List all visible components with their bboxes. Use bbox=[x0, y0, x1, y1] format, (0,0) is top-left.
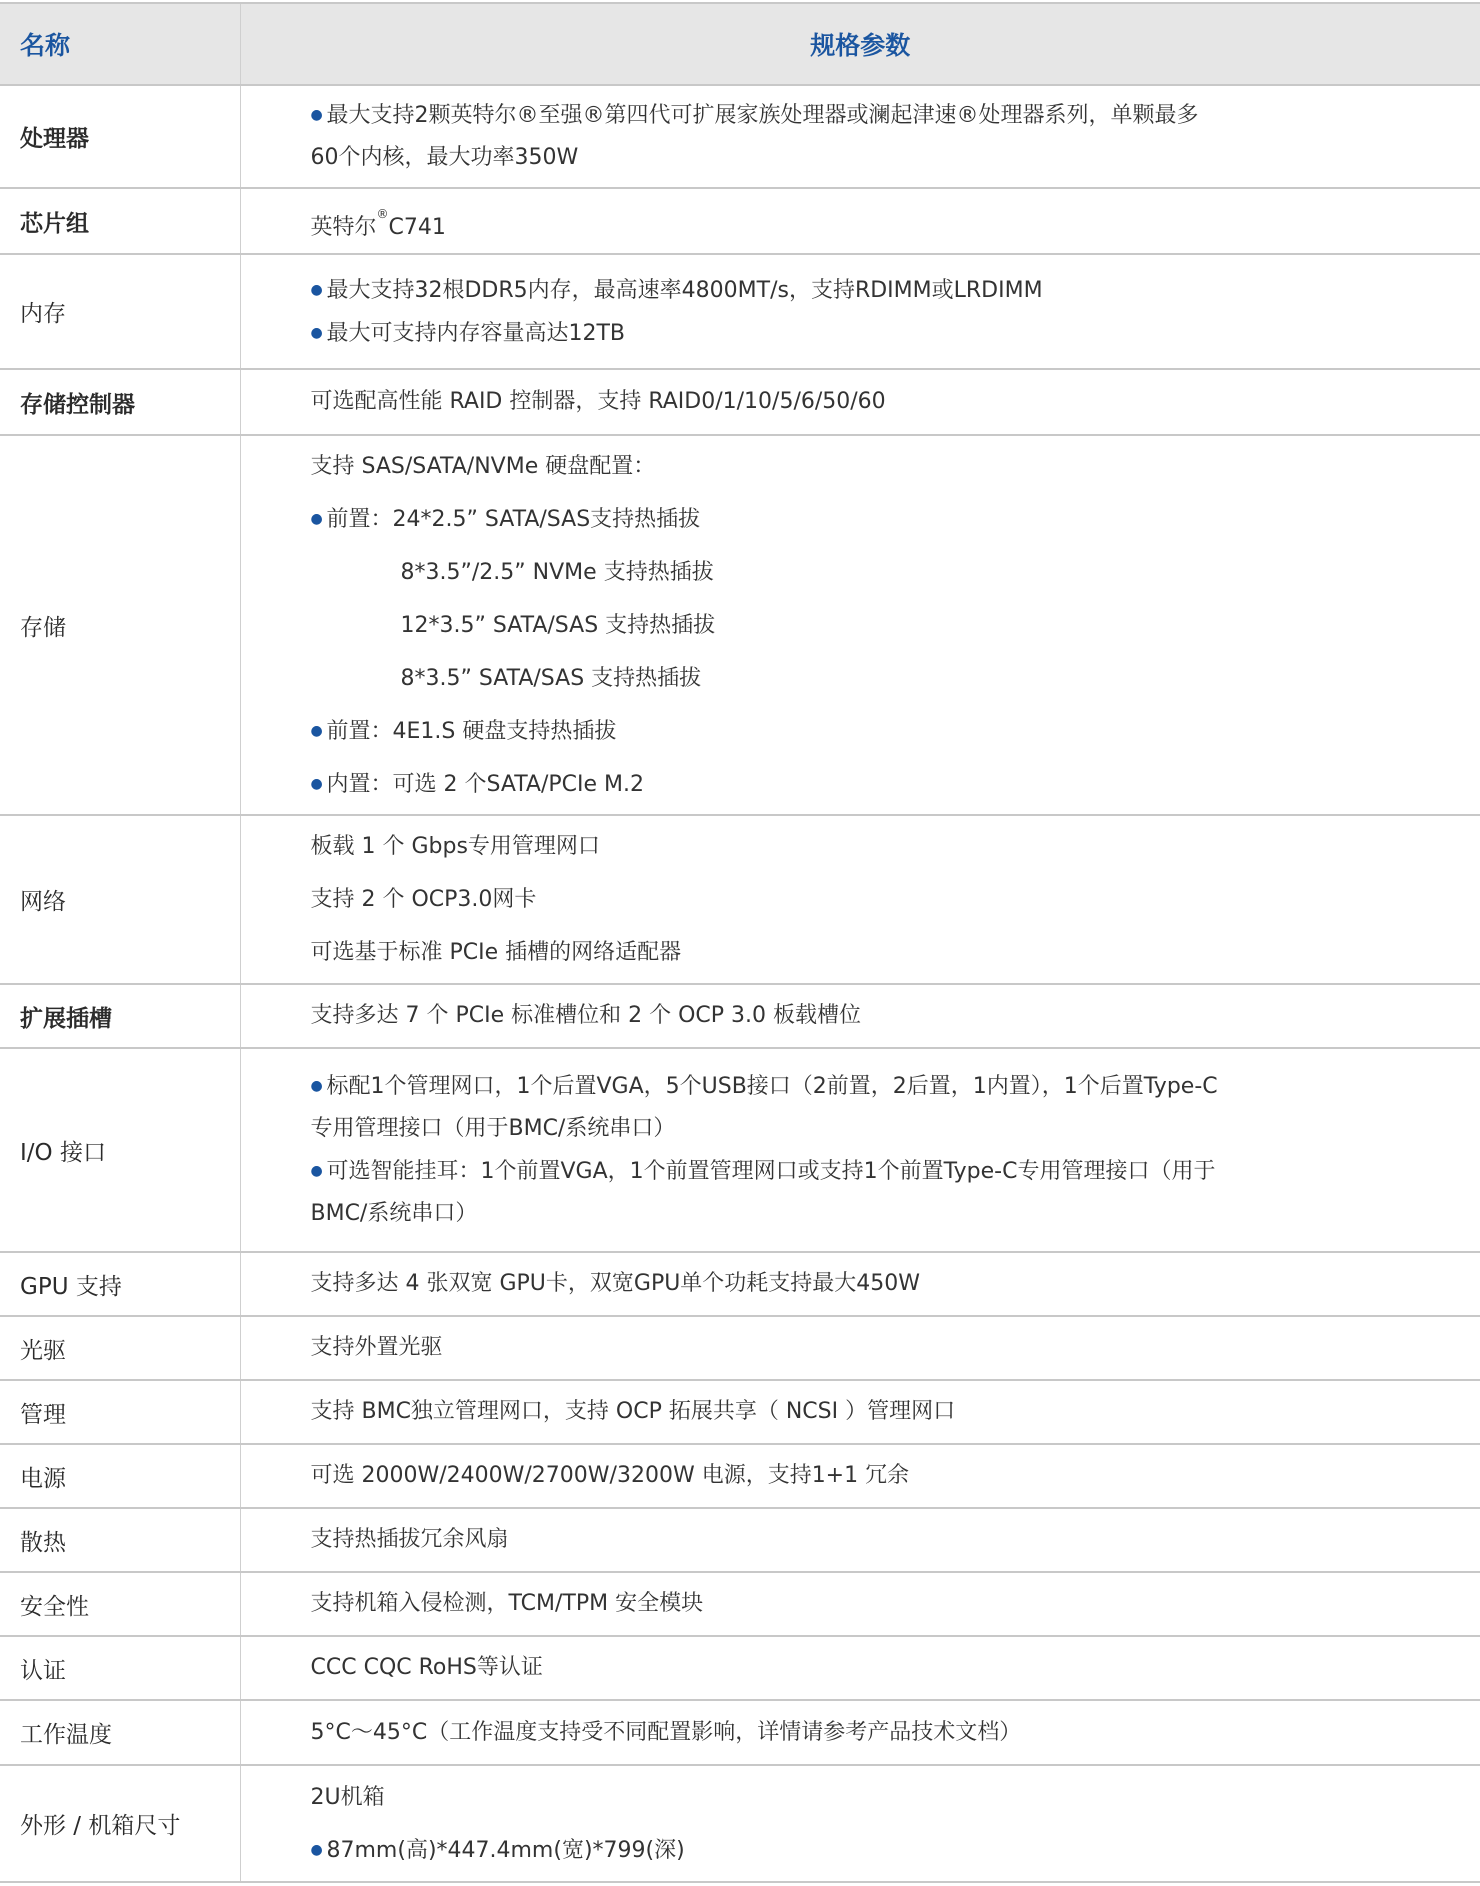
bullet-icon: ● bbox=[311, 1150, 327, 1192]
table-row: 认证CCC CQC RoHS等认证 bbox=[0, 1636, 1480, 1700]
spec-value: 支持多达 7 个 PCIe 标准槽位和 2 个 OCP 3.0 板载槽位 bbox=[240, 984, 1480, 1048]
spec-line: 英特尔®C741 bbox=[311, 193, 1480, 249]
spec-line: ●最大支持2颗英特尔®至强®第四代可扩展家族处理器或澜起津速®处理器系列，单颗最… bbox=[311, 94, 1211, 179]
spec-value: 支持 BMC独立管理网口，支持 OCP 拓展共享（ NCSI ）管理网口 bbox=[240, 1380, 1480, 1444]
spec-line: 支持机箱入侵检测，TCM/TPM 安全模块 bbox=[311, 1583, 1480, 1625]
spec-value: 英特尔®C741 bbox=[240, 188, 1480, 254]
spec-name: 工作温度 bbox=[0, 1700, 240, 1765]
spec-name: 芯片组 bbox=[0, 188, 240, 254]
spec-value: 支持机箱入侵检测，TCM/TPM 安全模块 bbox=[240, 1572, 1480, 1636]
spec-name: 外形 / 机箱尺寸 bbox=[0, 1765, 240, 1882]
spec-line-text: 可选 2000W/2400W/2700W/3200W 电源，支持1+1 冗余 bbox=[311, 1463, 910, 1488]
spec-line-text: 2U机箱 bbox=[311, 1785, 385, 1810]
spec-line-text: 前置：24*2.5” SATA/SAS支持热插拔 bbox=[327, 507, 701, 532]
spec-name: GPU 支持 bbox=[0, 1252, 240, 1316]
spec-line: 支持 SAS/SATA/NVMe 硬盘配置： bbox=[311, 440, 1480, 493]
spec-name: 内存 bbox=[0, 254, 240, 369]
spec-line-text: 前置：4E1.S 硬盘支持热插拔 bbox=[327, 719, 617, 744]
spec-value: CCC CQC RoHS等认证 bbox=[240, 1636, 1480, 1700]
table-row: 工作温度5°C～45°C（工作温度支持受不同配置影响，详情请参考产品技术文档） bbox=[0, 1700, 1480, 1765]
spec-line: 可选配高性能 RAID 控制器，支持 RAID0/1/10/5/6/50/60 bbox=[311, 381, 1480, 423]
spec-body: 处理器●最大支持2颗英特尔®至强®第四代可扩展家族处理器或澜起津速®处理器系列，… bbox=[0, 85, 1480, 1882]
spec-value: 板载 1 个 Gbps专用管理网口支持 2 个 OCP3.0网卡可选基于标准 P… bbox=[240, 815, 1480, 984]
spec-name: 存储 bbox=[0, 435, 240, 815]
table-row: 存储控制器可选配高性能 RAID 控制器，支持 RAID0/1/10/5/6/5… bbox=[0, 369, 1480, 435]
spec-value: 5°C～45°C（工作温度支持受不同配置影响，详情请参考产品技术文档） bbox=[240, 1700, 1480, 1765]
spec-line: 支持 BMC独立管理网口，支持 OCP 拓展共享（ NCSI ）管理网口 bbox=[311, 1391, 1480, 1433]
spec-line: 板载 1 个 Gbps专用管理网口 bbox=[311, 820, 1480, 873]
spec-value: ●标配1个管理网口，1个后置VGA，5个USB接口（2前置，2后置，1内置），1… bbox=[240, 1048, 1480, 1252]
spec-line: 8*3.5” SATA/SAS 支持热插拔 bbox=[311, 652, 1480, 705]
spec-line-text: 板载 1 个 Gbps专用管理网口 bbox=[311, 834, 600, 859]
header-row: 名称 规格参数 bbox=[0, 3, 1480, 85]
table-row: 芯片组英特尔®C741 bbox=[0, 188, 1480, 254]
spec-line: ●87mm(高)*447.4mm(宽)*799(深) bbox=[311, 1824, 1480, 1877]
spec-line-text: 5°C～45°C（工作温度支持受不同配置影响，详情请参考产品技术文档） bbox=[311, 1720, 1022, 1745]
spec-name: 扩展插槽 bbox=[0, 984, 240, 1048]
spec-line: ●最大可支持内存容量高达12TB bbox=[311, 312, 1480, 355]
spec-value: 可选配高性能 RAID 控制器，支持 RAID0/1/10/5/6/50/60 bbox=[240, 369, 1480, 435]
spec-value: 支持热插拔冗余风扇 bbox=[240, 1508, 1480, 1572]
header-spec: 规格参数 bbox=[240, 3, 1480, 85]
spec-line-text: 最大支持2颗英特尔®至强®第四代可扩展家族处理器或澜起津速®处理器系列，单颗最多… bbox=[311, 103, 1199, 170]
table-row: 光驱支持外置光驱 bbox=[0, 1316, 1480, 1380]
table-row: 处理器●最大支持2颗英特尔®至强®第四代可扩展家族处理器或澜起津速®处理器系列，… bbox=[0, 85, 1480, 188]
bullet-icon: ● bbox=[311, 705, 327, 758]
spec-line-text: 最大可支持内存容量高达12TB bbox=[327, 321, 626, 346]
spec-line-text: 支持 SAS/SATA/NVMe 硬盘配置： bbox=[311, 454, 656, 479]
bullet-icon: ● bbox=[311, 1065, 327, 1107]
spec-name: 认证 bbox=[0, 1636, 240, 1700]
spec-name: 处理器 bbox=[0, 85, 240, 188]
table-row: I/O 接口●标配1个管理网口，1个后置VGA，5个USB接口（2前置，2后置，… bbox=[0, 1048, 1480, 1252]
spec-line: ●可选智能挂耳：1个前置VGA，1个前置管理网口或支持1个前置Type-C专用管… bbox=[311, 1150, 1231, 1235]
spec-line: 支持 2 个 OCP3.0网卡 bbox=[311, 873, 1480, 926]
spec-line-text: 内置：可选 2 个SATA/PCIe M.2 bbox=[327, 772, 645, 797]
spec-name: 光驱 bbox=[0, 1316, 240, 1380]
bullet-icon: ● bbox=[311, 94, 327, 136]
spec-name: 电源 bbox=[0, 1444, 240, 1508]
spec-line-text: 支持 2 个 OCP3.0网卡 bbox=[311, 887, 537, 912]
spec-line-text: 87mm(高)*447.4mm(宽)*799(深) bbox=[327, 1838, 685, 1863]
spec-table: 名称 规格参数 处理器●最大支持2颗英特尔®至强®第四代可扩展家族处理器或澜起津… bbox=[0, 2, 1480, 1883]
bullet-icon: ● bbox=[311, 312, 327, 354]
spec-line-text: 可选智能挂耳：1个前置VGA，1个前置管理网口或支持1个前置Type-C专用管理… bbox=[311, 1159, 1216, 1226]
spec-line-text: 英特尔 bbox=[311, 215, 377, 240]
spec-line-text: 12*3.5” SATA/SAS 支持热插拔 bbox=[401, 613, 716, 638]
spec-line-text: 支持 BMC独立管理网口，支持 OCP 拓展共享（ NCSI ）管理网口 bbox=[311, 1399, 956, 1424]
spec-line-text: CCC CQC RoHS等认证 bbox=[311, 1655, 543, 1680]
bullet-icon: ● bbox=[311, 1824, 327, 1877]
spec-line: ●标配1个管理网口，1个后置VGA，5个USB接口（2前置，2后置，1内置），1… bbox=[311, 1065, 1231, 1150]
header-name: 名称 bbox=[0, 3, 240, 85]
spec-line-text: 支持多达 7 个 PCIe 标准槽位和 2 个 OCP 3.0 板载槽位 bbox=[311, 1003, 862, 1028]
table-row: 内存●最大支持32根DDR5内存，最高速率4800MT/s，支持RDIMM或LR… bbox=[0, 254, 1480, 369]
spec-line-text: 最大支持32根DDR5内存，最高速率4800MT/s，支持RDIMM或LRDIM… bbox=[327, 278, 1043, 303]
spec-line-text: 支持外置光驱 bbox=[311, 1335, 443, 1360]
spec-name: 存储控制器 bbox=[0, 369, 240, 435]
spec-line: 支持外置光驱 bbox=[311, 1327, 1480, 1369]
spec-line: 可选基于标准 PCIe 插槽的网络适配器 bbox=[311, 926, 1480, 979]
spec-line: ●内置：可选 2 个SATA/PCIe M.2 bbox=[311, 758, 1480, 811]
spec-name: 散热 bbox=[0, 1508, 240, 1572]
spec-line-text: 8*3.5”/2.5” NVMe 支持热插拔 bbox=[401, 560, 714, 585]
spec-line-text: 可选基于标准 PCIe 插槽的网络适配器 bbox=[311, 940, 682, 965]
spec-value: ●最大支持32根DDR5内存，最高速率4800MT/s，支持RDIMM或LRDI… bbox=[240, 254, 1480, 369]
spec-value: 支持多达 4 张双宽 GPU卡，双宽GPU单个功耗支持最大450W bbox=[240, 1252, 1480, 1316]
spec-line: ●最大支持32根DDR5内存，最高速率4800MT/s，支持RDIMM或LRDI… bbox=[311, 269, 1480, 312]
registered-mark: ® bbox=[377, 207, 389, 221]
table-row: 扩展插槽支持多达 7 个 PCIe 标准槽位和 2 个 OCP 3.0 板载槽位 bbox=[0, 984, 1480, 1048]
spec-line-text: 支持多达 4 张双宽 GPU卡，双宽GPU单个功耗支持最大450W bbox=[311, 1271, 921, 1296]
table-row: 电源可选 2000W/2400W/2700W/3200W 电源，支持1+1 冗余 bbox=[0, 1444, 1480, 1508]
bullet-icon: ● bbox=[311, 758, 327, 811]
spec-value: ●最大支持2颗英特尔®至强®第四代可扩展家族处理器或澜起津速®处理器系列，单颗最… bbox=[240, 85, 1480, 188]
spec-line: 支持热插拔冗余风扇 bbox=[311, 1519, 1480, 1561]
spec-line-text: 标配1个管理网口，1个后置VGA，5个USB接口（2前置，2后置，1内置），1个… bbox=[311, 1074, 1218, 1141]
spec-value: 2U机箱●87mm(高)*447.4mm(宽)*799(深) bbox=[240, 1765, 1480, 1882]
spec-line-text-after: C741 bbox=[389, 215, 446, 240]
table-row: 管理支持 BMC独立管理网口，支持 OCP 拓展共享（ NCSI ）管理网口 bbox=[0, 1380, 1480, 1444]
table-row: 散热支持热插拔冗余风扇 bbox=[0, 1508, 1480, 1572]
spec-line-text: 支持热插拔冗余风扇 bbox=[311, 1527, 509, 1552]
table-row: GPU 支持支持多达 4 张双宽 GPU卡，双宽GPU单个功耗支持最大450W bbox=[0, 1252, 1480, 1316]
spec-line: CCC CQC RoHS等认证 bbox=[311, 1647, 1480, 1689]
spec-line: ●前置：24*2.5” SATA/SAS支持热插拔 bbox=[311, 493, 1480, 546]
spec-line: 2U机箱 bbox=[311, 1771, 1480, 1824]
spec-line: 支持多达 7 个 PCIe 标准槽位和 2 个 OCP 3.0 板载槽位 bbox=[311, 995, 1480, 1037]
spec-line: ●前置：4E1.S 硬盘支持热插拔 bbox=[311, 705, 1480, 758]
spec-value: 可选 2000W/2400W/2700W/3200W 电源，支持1+1 冗余 bbox=[240, 1444, 1480, 1508]
spec-line: 可选 2000W/2400W/2700W/3200W 电源，支持1+1 冗余 bbox=[311, 1455, 1480, 1497]
spec-line: 支持多达 4 张双宽 GPU卡，双宽GPU单个功耗支持最大450W bbox=[311, 1263, 1480, 1305]
spec-value: 支持外置光驱 bbox=[240, 1316, 1480, 1380]
table-row: 存储支持 SAS/SATA/NVMe 硬盘配置：●前置：24*2.5” SATA… bbox=[0, 435, 1480, 815]
spec-line: 5°C～45°C（工作温度支持受不同配置影响，详情请参考产品技术文档） bbox=[311, 1712, 1480, 1754]
bullet-icon: ● bbox=[311, 269, 327, 311]
table-row: 安全性支持机箱入侵检测，TCM/TPM 安全模块 bbox=[0, 1572, 1480, 1636]
spec-line: 8*3.5”/2.5” NVMe 支持热插拔 bbox=[311, 546, 1480, 599]
spec-line-text: 支持机箱入侵检测，TCM/TPM 安全模块 bbox=[311, 1591, 704, 1616]
spec-name: 安全性 bbox=[0, 1572, 240, 1636]
spec-line: 12*3.5” SATA/SAS 支持热插拔 bbox=[311, 599, 1480, 652]
spec-name: I/O 接口 bbox=[0, 1048, 240, 1252]
bullet-icon: ● bbox=[311, 493, 327, 546]
spec-line-text: 8*3.5” SATA/SAS 支持热插拔 bbox=[401, 666, 702, 691]
table-row: 网络板载 1 个 Gbps专用管理网口支持 2 个 OCP3.0网卡可选基于标准… bbox=[0, 815, 1480, 984]
spec-name: 网络 bbox=[0, 815, 240, 984]
spec-name: 管理 bbox=[0, 1380, 240, 1444]
table-row: 外形 / 机箱尺寸2U机箱●87mm(高)*447.4mm(宽)*799(深) bbox=[0, 1765, 1480, 1882]
spec-value: 支持 SAS/SATA/NVMe 硬盘配置：●前置：24*2.5” SATA/S… bbox=[240, 435, 1480, 815]
spec-line-text: 可选配高性能 RAID 控制器，支持 RAID0/1/10/5/6/50/60 bbox=[311, 389, 886, 414]
